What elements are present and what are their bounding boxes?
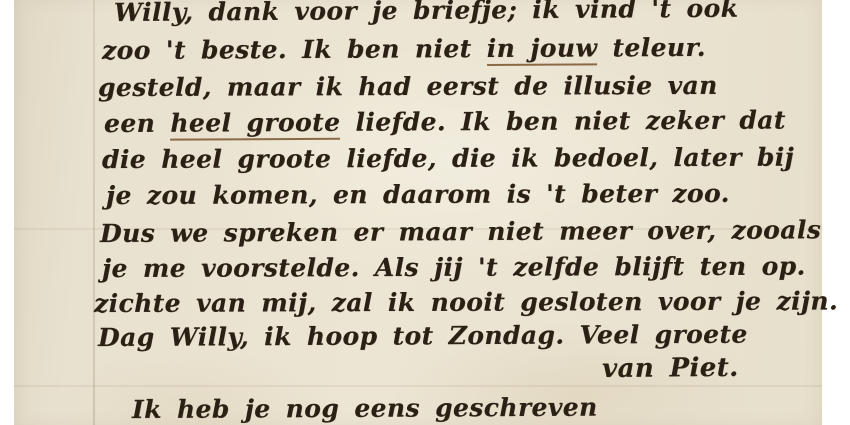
handwriting-text: liefde. Ik ben niet zeker dat [340, 105, 786, 136]
scanned-letter-page: Willy, dank voor je briefje; ik vind 't … [0, 0, 850, 425]
handwriting-text: Willy, dank voor je briefje; ik vind 't … [114, 0, 739, 27]
letter-line: Dag Willy, ik hoop tot Zondag. Veel groe… [98, 320, 748, 352]
handwriting-text: zoo 't beste. Ik ben niet [102, 34, 487, 65]
letter-line: je zou komen, en daarom is 't beter zoo. [106, 179, 730, 210]
handwriting-text: die heel groote liefde, die ik bedoel, l… [102, 143, 794, 174]
underlined-handwriting: in jouw [487, 33, 598, 66]
letter-line: Willy, dank voor je briefje; ik vind 't … [114, 0, 739, 27]
letter-paper: Willy, dank voor je briefje; ik vind 't … [14, 0, 822, 425]
letter-line: gesteld, maar ik had eerst de illusie va… [98, 71, 718, 102]
handwriting-text: Ik heb je nog eens geschreven [132, 393, 598, 424]
handwriting-text: een [104, 109, 170, 138]
handwriting-text: teleur. [597, 33, 706, 63]
handwriting-text: Dus we spreken er maar niet meer over, z… [100, 215, 821, 248]
handwriting-text: je zou komen, en daarom is 't beter zoo. [106, 179, 730, 210]
handwriting-text: zichte van mij, zal ik nooit gesloten vo… [94, 286, 838, 318]
letter-line: die heel groote liefde, die ik bedoel, l… [102, 143, 794, 174]
underlined-handwriting: heel groote [170, 108, 340, 141]
handwriting-text: van Piet. [602, 353, 739, 384]
letter-lines: Willy, dank voor je briefje; ik vind 't … [14, 0, 822, 425]
handwriting-text: Dag Willy, ik hoop tot Zondag. Veel groe… [98, 320, 748, 352]
handwriting-text: je me voorstelde. Als jij 't zelfde blij… [102, 252, 806, 283]
signature-line: van Piet. [602, 353, 739, 384]
letter-line: zoo 't beste. Ik ben niet in jouw teleur… [102, 33, 706, 65]
letter-line: je me voorstelde. Als jij 't zelfde blij… [102, 252, 806, 283]
letter-line: zichte van mij, zal ik nooit gesloten vo… [94, 286, 838, 318]
letter-line: een heel groote liefde. Ik ben niet zeke… [104, 105, 786, 138]
handwriting-text: gesteld, maar ik had eerst de illusie va… [98, 71, 718, 102]
letter-line: Ik heb je nog eens geschreven [132, 393, 598, 424]
letter-line: Dus we spreken er maar niet meer over, z… [100, 215, 821, 248]
